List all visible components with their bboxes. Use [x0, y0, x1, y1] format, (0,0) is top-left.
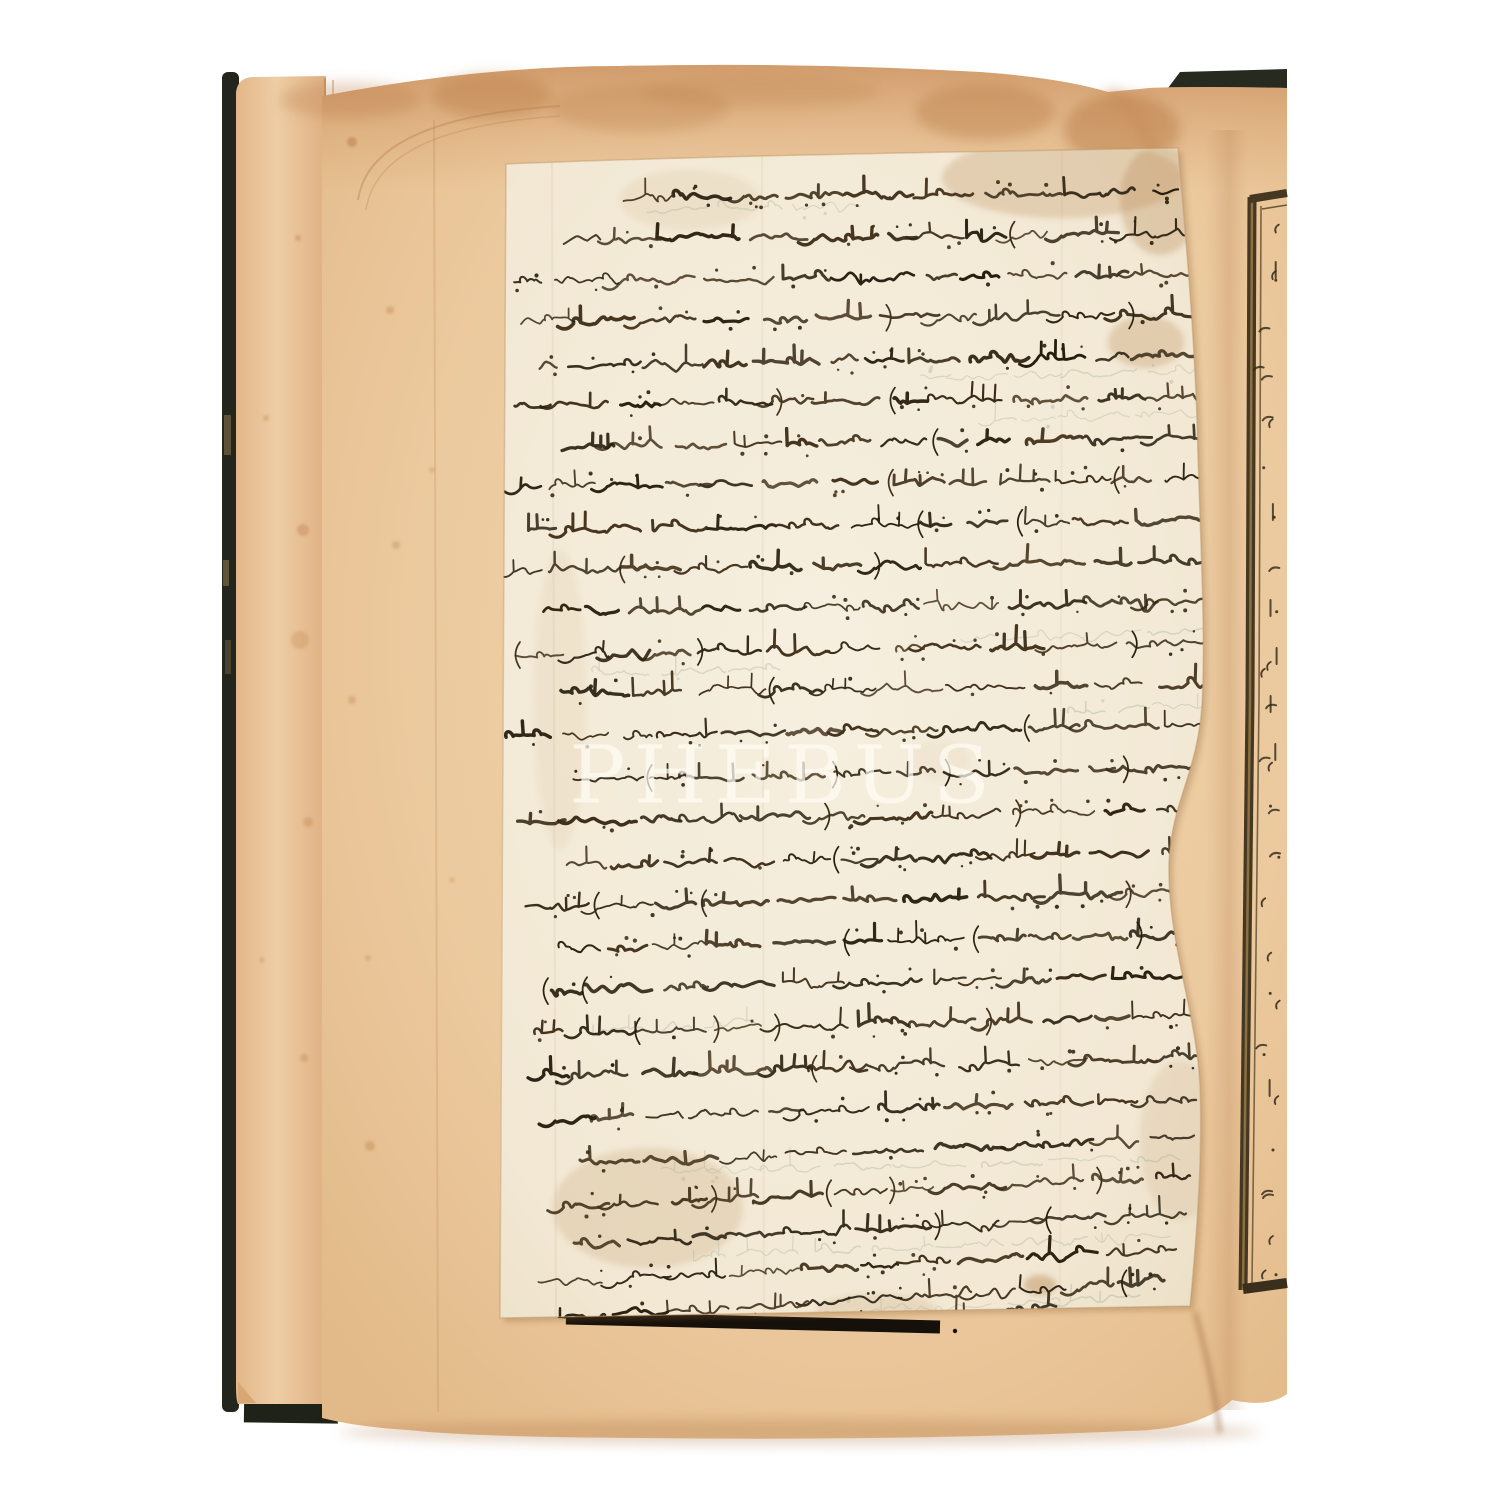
bottom-edge-shadow [340, 1419, 1260, 1445]
ink-speck [953, 1329, 957, 1333]
left-page-stack [236, 76, 334, 1408]
photo-of-open-manuscript-book: PHEBUS [0, 0, 1500, 1500]
manuscript-sheet [480, 130, 1220, 1340]
book-scene [0, 0, 1500, 1500]
cover-wear-chip [223, 560, 229, 586]
cover-wear-chip [224, 415, 231, 455]
left-page [236, 76, 326, 1404]
right-leaf-frame-bottom [1243, 1283, 1287, 1289]
cover-wear-chip [225, 640, 231, 674]
